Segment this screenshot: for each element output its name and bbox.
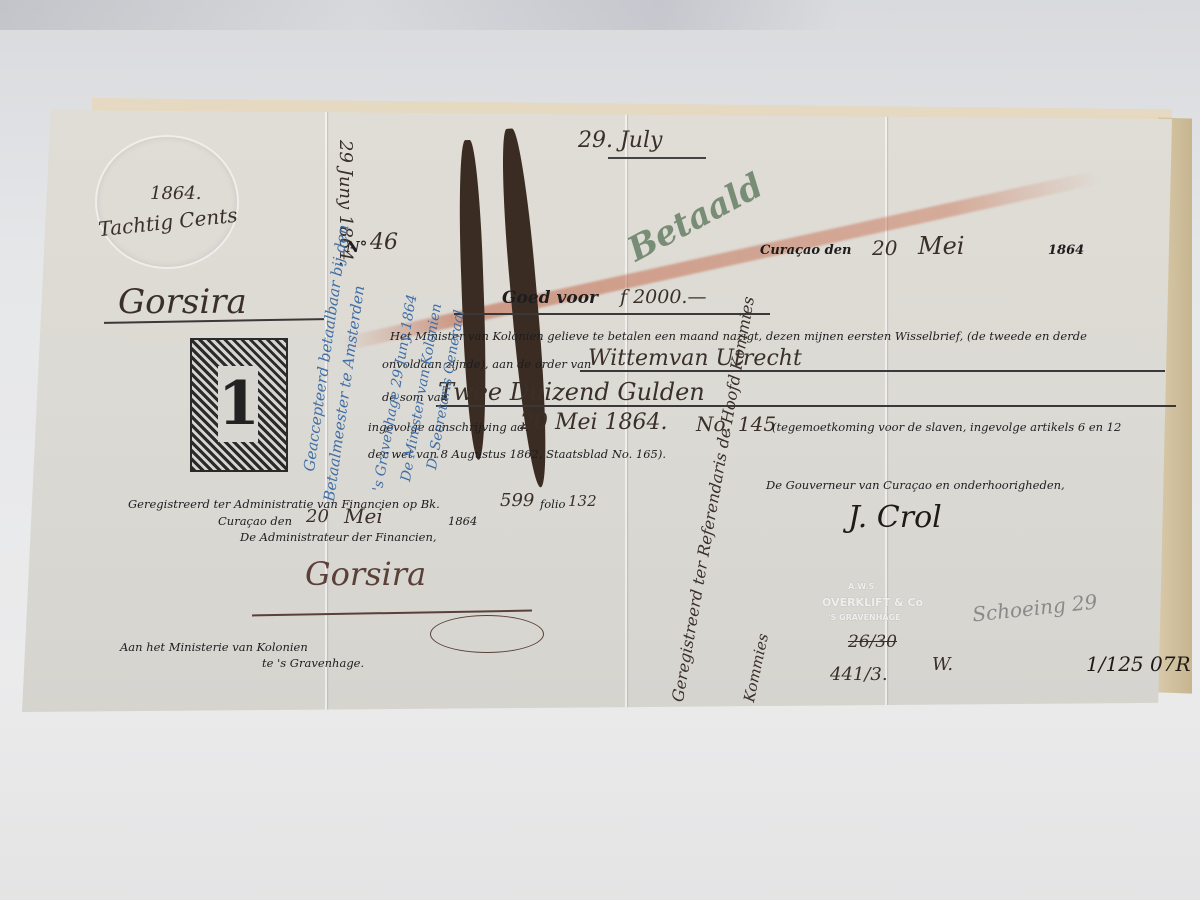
issue-year: 1864 [1048, 243, 1084, 258]
amount-label: Goed voor [502, 288, 598, 308]
stamp-value: 1 [218, 366, 258, 442]
handwritten-year: 1864. [150, 183, 202, 204]
issue-day: 20 [872, 236, 897, 260]
sum-line [436, 405, 1176, 407]
emboss-line: 'S GRAVENHAGE [828, 613, 901, 622]
fraction-note: 1/125 07R [1086, 652, 1191, 676]
stamp-value-frame: 1 [218, 366, 258, 442]
signature-flourish-loop [430, 615, 544, 653]
amount-underline [454, 313, 770, 315]
body-line-2-prefix: onvoldaan zijnde), aan de order van [382, 357, 591, 371]
registration-day: 20 [306, 506, 329, 527]
struck-reference: 26/30 [848, 632, 897, 652]
document-number: 46 [370, 230, 398, 255]
background-shadow [0, 0, 1200, 30]
administrator-title: De Administrateur der Financien, [240, 530, 437, 544]
governor-signature: J. Crol [848, 500, 942, 535]
administrator-signature: Gorsira [305, 555, 426, 593]
registration-year: 1864 [448, 514, 477, 528]
fold-line [885, 110, 887, 715]
handwritten-signature-left: Gorsira [118, 282, 247, 322]
addressee-line-1: Aan het Ministerie van Kolonien [120, 640, 308, 654]
reference-initial: W. [932, 654, 953, 675]
folio-label: folio [540, 497, 565, 511]
issue-month: Mei [918, 232, 964, 260]
date-underline [608, 157, 706, 159]
payee-line [580, 370, 1165, 372]
emboss-line: OVERKLIFT & Co [822, 596, 923, 609]
registration-place: Curaçao den [218, 514, 292, 528]
registration-book: 599 [500, 490, 534, 511]
emboss-line: A.W.S. [848, 582, 877, 591]
governor-title: De Gouverneur van Curaçao en onderhoorig… [766, 478, 1065, 492]
addressee-line-2: te 's Gravenhage. [262, 656, 364, 670]
sum-in-words: Twee Duizend Gulden [438, 378, 705, 406]
handwritten-top-date: 29. July [578, 128, 662, 153]
reference-number: 441/3. [830, 664, 888, 685]
place-date-label: Curaçao den [760, 243, 851, 258]
decree-date: 20 Mei 1864. [520, 410, 668, 435]
registration-line-1: Geregistreerd ter Administratie van Fina… [128, 497, 440, 511]
registration-month: Mei [344, 504, 383, 528]
stamp-value-box: 1 [190, 338, 288, 472]
amount-value: f 2000.— [620, 286, 706, 308]
registration-folio: 132 [568, 492, 597, 510]
body-line-4-suffix: (tegemoetkoming voor de slaven, ingevolg… [772, 420, 1121, 434]
payee-name: Wittemvan Utrecht [588, 346, 802, 371]
